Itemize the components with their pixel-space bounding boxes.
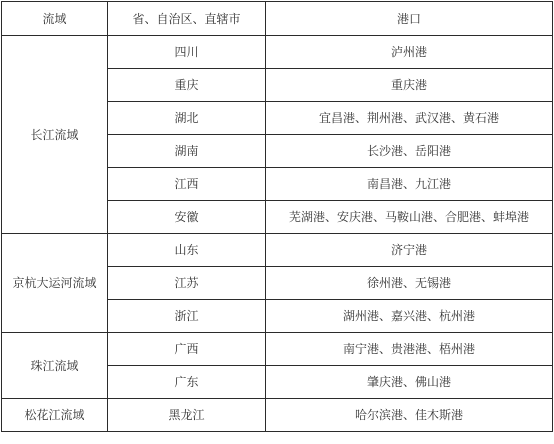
ports-table: 流域 省、自治区、直辖市 港口 长江流域 四川 泸州港 重庆 重庆港 湖北 宜昌…	[1, 1, 553, 432]
province-cell: 广西	[108, 333, 266, 366]
province-cell: 浙江	[108, 300, 266, 333]
ports-cell: 湖州港、嘉兴港、杭州港	[266, 300, 553, 333]
header-row: 流域 省、自治区、直辖市 港口	[2, 2, 553, 36]
header-basin: 流域	[2, 2, 108, 36]
province-cell: 安徽	[108, 201, 266, 234]
ports-cell: 芜湖港、安庆港、马鞍山港、合肥港、蚌埠港	[266, 201, 553, 234]
table-row: 长江流域 四川 泸州港	[2, 36, 553, 69]
ports-cell: 重庆港	[266, 69, 553, 102]
basin-cell: 松花江流域	[2, 399, 108, 432]
province-cell: 江西	[108, 168, 266, 201]
ports-cell: 南宁港、贵港港、梧州港	[266, 333, 553, 366]
table-row: 珠江流域 广西 南宁港、贵港港、梧州港	[2, 333, 553, 366]
table-row: 京杭大运河流域 山东 济宁港	[2, 234, 553, 267]
table-row: 松花江流域 黑龙江 哈尔滨港、佳木斯港	[2, 399, 553, 432]
province-cell: 湖北	[108, 102, 266, 135]
ports-cell: 肇庆港、佛山港	[266, 366, 553, 399]
province-cell: 重庆	[108, 69, 266, 102]
basin-cell: 珠江流域	[2, 333, 108, 399]
ports-cell: 哈尔滨港、佳木斯港	[266, 399, 553, 432]
province-cell: 黑龙江	[108, 399, 266, 432]
ports-cell: 南昌港、九江港	[266, 168, 553, 201]
province-cell: 湖南	[108, 135, 266, 168]
basin-cell: 京杭大运河流域	[2, 234, 108, 333]
header-ports: 港口	[266, 2, 553, 36]
province-cell: 四川	[108, 36, 266, 69]
header-province: 省、自治区、直辖市	[108, 2, 266, 36]
ports-cell: 济宁港	[266, 234, 553, 267]
province-cell: 山东	[108, 234, 266, 267]
ports-cell: 徐州港、无锡港	[266, 267, 553, 300]
province-cell: 江苏	[108, 267, 266, 300]
ports-cell: 宜昌港、荆州港、武汉港、黄石港	[266, 102, 553, 135]
ports-cell: 长沙港、岳阳港	[266, 135, 553, 168]
province-cell: 广东	[108, 366, 266, 399]
basin-cell: 长江流域	[2, 36, 108, 234]
ports-cell: 泸州港	[266, 36, 553, 69]
